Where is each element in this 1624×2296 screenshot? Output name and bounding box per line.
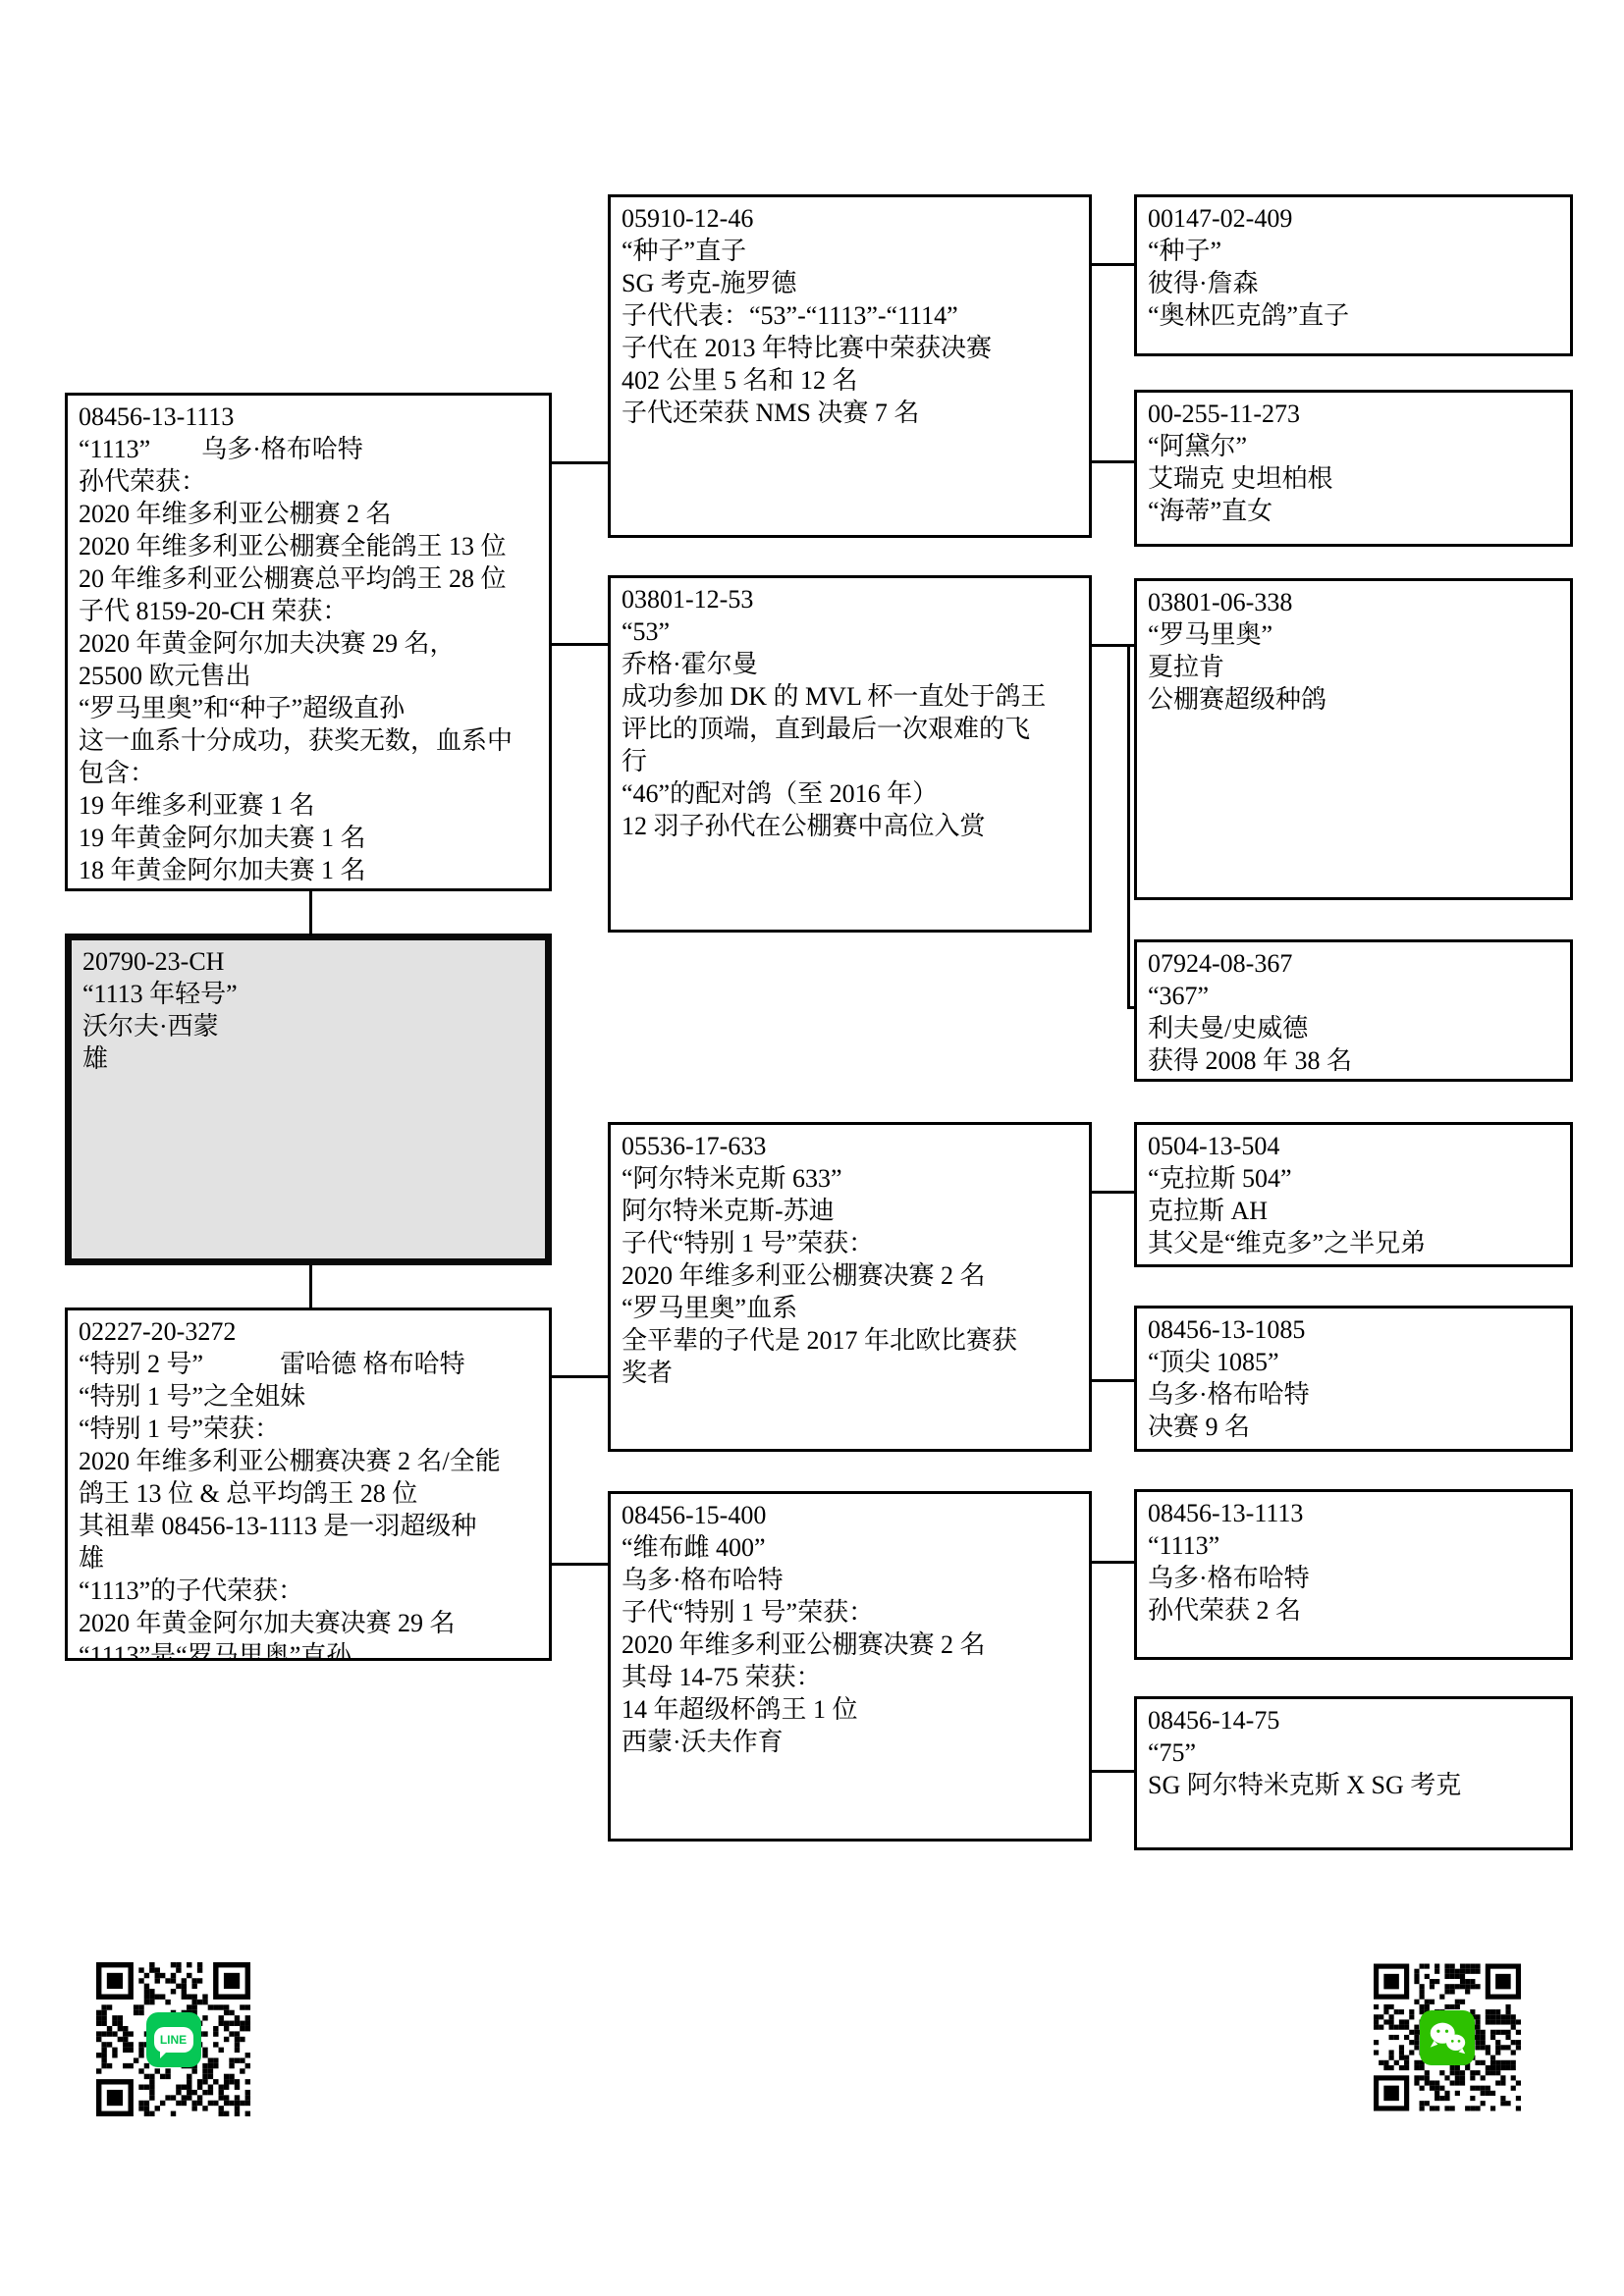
pedigree-box-dam-dam: 08456-15-400 “维布雌 400”乌多·格布哈特子代“特别 1 号”荣… <box>608 1491 1092 1842</box>
pedigree-box-ss-dam: 00-255-11-273 “阿黛尔”艾瑞克 史坦柏根“海蒂”直女 <box>1134 390 1573 547</box>
connector-line <box>552 643 608 646</box>
feather-icon <box>381 1941 479 2002</box>
box-details: “75”SG 阿尔特米克斯 X SG 考克 <box>1148 1736 1559 1801</box>
ring-number: 00147-02-409 <box>1148 202 1559 235</box>
connector-line <box>1127 1006 1137 1009</box>
connector-line <box>552 1375 608 1378</box>
footer-slogan: 贺伯特家族...秉持品质第一与诚实可靠，力求提供完美的服务！ <box>275 2111 1349 2167</box>
contact-china: 中国联络人逯暕一先生：+86 131 2015 0755 <box>825 2077 1342 2108</box>
connector-line <box>309 1265 312 1309</box>
box-details: “1113”乌多·格布哈特孙代荣获 2 名 <box>1148 1529 1559 1627</box>
ring-number: 08456-15-400 <box>622 1499 1078 1531</box>
pedigree-box-subject: 20790-23-CH “1113 年轻号”沃尔夫·西蒙雄 <box>65 934 552 1265</box>
box-details: “顶尖 1085”乌多·格布哈特决赛 9 名 <box>1148 1346 1559 1443</box>
box-details: “特别 2 号” 雷哈德 格布哈特“特别 1 号”之全姐妹“特别 1 号”荣获：… <box>79 1348 538 1661</box>
pedigree-page: 08456-13-1113 “1113” 乌多·格布哈特孙代荣获：2020 年维… <box>0 0 1624 2296</box>
connector-line <box>1092 460 1134 463</box>
box-details: “种子”彼得·詹森“奥林匹克鸽”直子 <box>1148 235 1559 332</box>
footer-banner: LINE Herbots 品质至上 WWW.HERBOTS.BE jo@herb… <box>0 1909 1624 2182</box>
box-details: “阿尔特米克斯 633”阿尔特米克斯-苏迪子代“特别 1 号”荣获：2020 年… <box>622 1162 1078 1389</box>
ring-number: 08456-13-1085 <box>1148 1313 1559 1346</box>
website-url: WWW.HERBOTS.BE <box>982 1978 1382 2024</box>
pedigree-box-dd-sire: 08456-13-1113 “1113”乌多·格布哈特孙代荣获 2 名 <box>1134 1489 1573 1660</box>
pedigree-box-ds-sire: 0504-13-504 “克拉斯 504”克拉斯 AH其父是“维克多”之半兄弟 <box>1134 1122 1573 1267</box>
box-details: “罗马里奥”夏拉肯公棚赛超级种鸽 <box>1148 618 1559 716</box>
ring-number: 02227-20-3272 <box>79 1315 538 1348</box>
ring-number: 03801-06-338 <box>1148 586 1559 618</box>
box-details: “1113 年轻号”沃尔夫·西蒙雄 <box>82 978 534 1075</box>
line-qr-card: LINE <box>84 1950 262 2128</box>
ring-number: 08456-13-1113 <box>1148 1497 1559 1529</box>
line-icon: LINE <box>146 2012 201 2067</box>
connector-line <box>1092 1770 1134 1773</box>
box-details: “1113” 乌多·格布哈特孙代荣获：2020 年维多利亚公棚赛 2 名2020… <box>79 433 538 891</box>
pedigree-box-sd-sire: 03801-06-338 “罗马里奥”夏拉肯公棚赛超级种鸽 <box>1134 578 1573 900</box>
ring-number: 0504-13-504 <box>1148 1130 1559 1162</box>
box-details: “阿黛尔”艾瑞克 史坦柏根“海蒂”直女 <box>1148 430 1559 527</box>
connector-line <box>1092 1561 1134 1564</box>
pedigree-box-sd-dam: 07924-08-367 “367”利夫曼/史威德获得 2008 年 38 名 <box>1134 939 1573 1082</box>
connector-line <box>309 891 312 935</box>
box-details: “克拉斯 504”克拉斯 AH其父是“维克多”之半兄弟 <box>1148 1162 1559 1259</box>
contact-taiwan: 台灣聯絡人盧婉婷小姐：+32 471 19 55 24 <box>283 2077 780 2108</box>
line-icon-label: LINE <box>160 2033 187 2047</box>
ring-number: 05910-12-46 <box>622 202 1078 235</box>
ring-number: 08456-14-75 <box>1148 1704 1559 1736</box>
ring-number: 05536-17-633 <box>622 1130 1078 1162</box>
pedigree-box-ds-dam: 08456-13-1085 “顶尖 1085”乌多·格布哈特决赛 9 名 <box>1134 1306 1573 1452</box>
connector-line <box>1092 263 1134 266</box>
contact-emails: jo@herbots.be - miet@herbots.be - wangti… <box>275 2035 1349 2065</box>
box-details: “种子”直子SG 考克-施罗德子代代表：“53”-“1113”-“1114”子代… <box>622 235 1078 429</box>
wechat-icon <box>1420 2010 1475 2065</box>
pedigree-box-ss-sire: 00147-02-409 “种子”彼得·詹森“奥林匹克鸽”直子 <box>1134 194 1573 356</box>
box-details: “53”乔格·霍尔曼成功参加 DK 的 MVL 杯一直处于鸽王评比的顶端，直到最… <box>622 615 1078 842</box>
pedigree-box-sire-sire: 05910-12-46 “种子”直子SG 考克-施罗德子代代表：“53”-“11… <box>608 194 1092 538</box>
pedigree-box-sire-dam: 03801-12-53 “53”乔格·霍尔曼成功参加 DK 的 MVL 杯一直处… <box>608 575 1092 933</box>
ring-number: 03801-12-53 <box>622 583 1078 615</box>
pedigree-box-sire: 08456-13-1113 “1113” 乌多·格布哈特孙代荣获：2020 年维… <box>65 393 552 891</box>
ring-number: 07924-08-367 <box>1148 947 1559 980</box>
contact-phones: 台灣聯絡人盧婉婷小姐：+32 471 19 55 24中国联络人逯暕一先生：+8… <box>275 2070 1349 2109</box>
box-details: “维布雌 400”乌多·格布哈特子代“特别 1 号”荣获：2020 年维多利亚公… <box>622 1531 1078 1758</box>
pedigree-box-dam-sire: 05536-17-633 “阿尔特米克斯 633”阿尔特米克斯-苏迪子代“特别 … <box>608 1122 1092 1452</box>
connector-line <box>552 1563 608 1566</box>
ring-number: 00-255-11-273 <box>1148 398 1559 430</box>
connector-line <box>1127 644 1130 1009</box>
pedigree-box-dd-dam: 08456-14-75 “75”SG 阿尔特米克斯 X SG 考克 <box>1134 1696 1573 1850</box>
ring-number: 08456-13-1113 <box>79 400 538 433</box>
pedigree-box-dam: 02227-20-3272 “特别 2 号” 雷哈德 格布哈特“特别 1 号”之… <box>65 1308 552 1661</box>
box-details: “367”利夫曼/史威德获得 2008 年 38 名 <box>1148 980 1559 1077</box>
connector-line <box>1092 1191 1134 1194</box>
connector-line <box>552 461 608 464</box>
ring-number: 20790-23-CH <box>82 945 534 978</box>
connector-line <box>1092 1379 1134 1382</box>
wechat-qr-card <box>1362 1949 1533 2126</box>
